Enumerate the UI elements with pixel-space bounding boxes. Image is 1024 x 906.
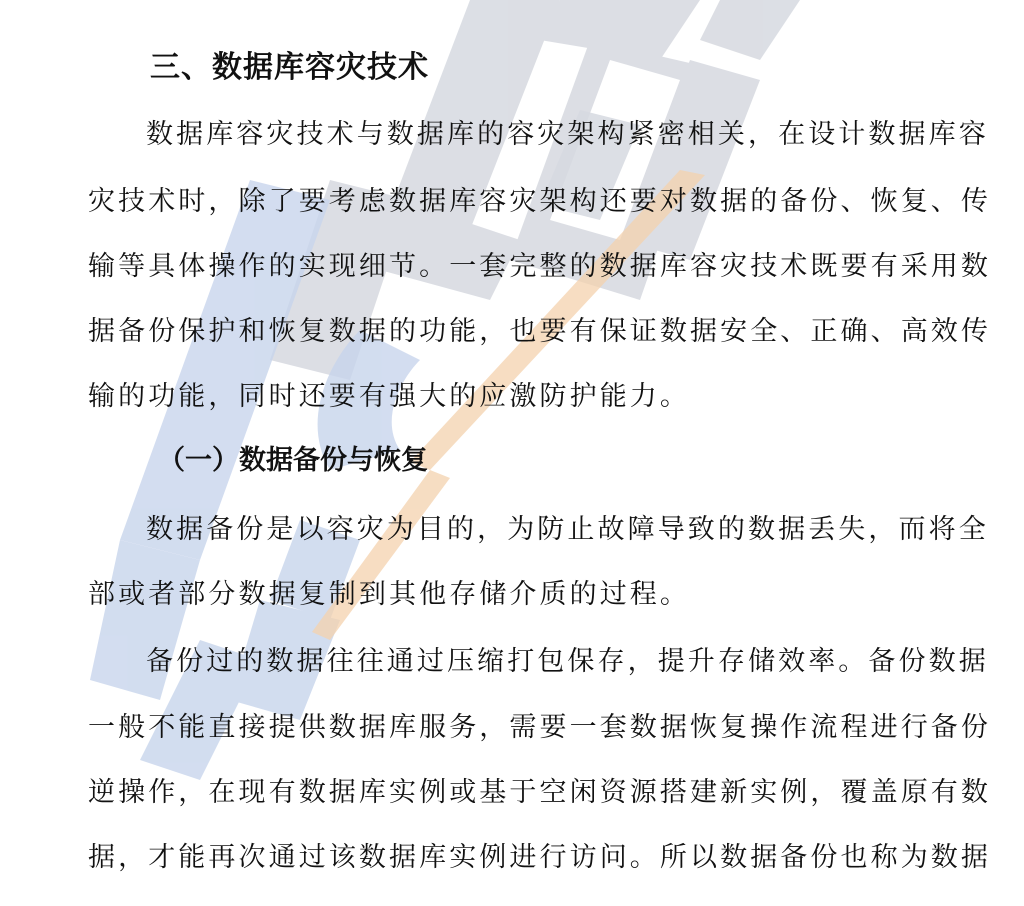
paragraph-3-line-2: 一般不能直接提供数据库服务，需要一套数据恢复操作流程进行备份 — [88, 711, 948, 745]
paragraph-1-line-2: 灾技术时，除了要考虑数据库容灾架构还要对数据的备份、恢复、传 — [88, 185, 948, 219]
paragraph-1-line-4: 据备份保护和恢复数据的功能，也要有保证数据安全、正确、高效传 — [88, 315, 948, 349]
paragraph-1-line-3: 输等具体操作的实现细节。一套完整的数据库容灾技术既要有采用数 — [88, 250, 948, 284]
paragraph-3-line-4: 据，才能再次通过该数据库实例进行访问。所以数据备份也称为数据 — [88, 841, 948, 875]
paragraph-1-line-5: 输的功能，同时还要有强大的应激防护能力。 — [88, 380, 948, 414]
document-page: 三、数据库容灾技术 数据库容灾技术与数据库的容灾架构紧密相关，在设计数据库容 灾… — [0, 0, 1024, 906]
paragraph-3-line-1: 备份过的数据往往通过压缩打包保存，提升存储效率。备份数据 — [146, 645, 1006, 679]
paragraph-2-line-1: 数据备份是以容灾为目的，为防止故障导致的数据丢失，而将全 — [146, 513, 1006, 547]
paragraph-1-line-1: 数据库容灾技术与数据库的容灾架构紧密相关，在设计数据库容 — [146, 118, 1006, 152]
paragraph-2-line-2: 部或者部分数据复制到其他存储介质的过程。 — [88, 578, 948, 612]
section-heading: 三、数据库容灾技术 — [150, 42, 429, 86]
subsection-heading: （一）数据备份与恢复 — [158, 438, 428, 477]
paragraph-3-line-3: 逆操作，在现有数据库实例或基于空闲资源搭建新实例，覆盖原有数 — [88, 776, 948, 810]
